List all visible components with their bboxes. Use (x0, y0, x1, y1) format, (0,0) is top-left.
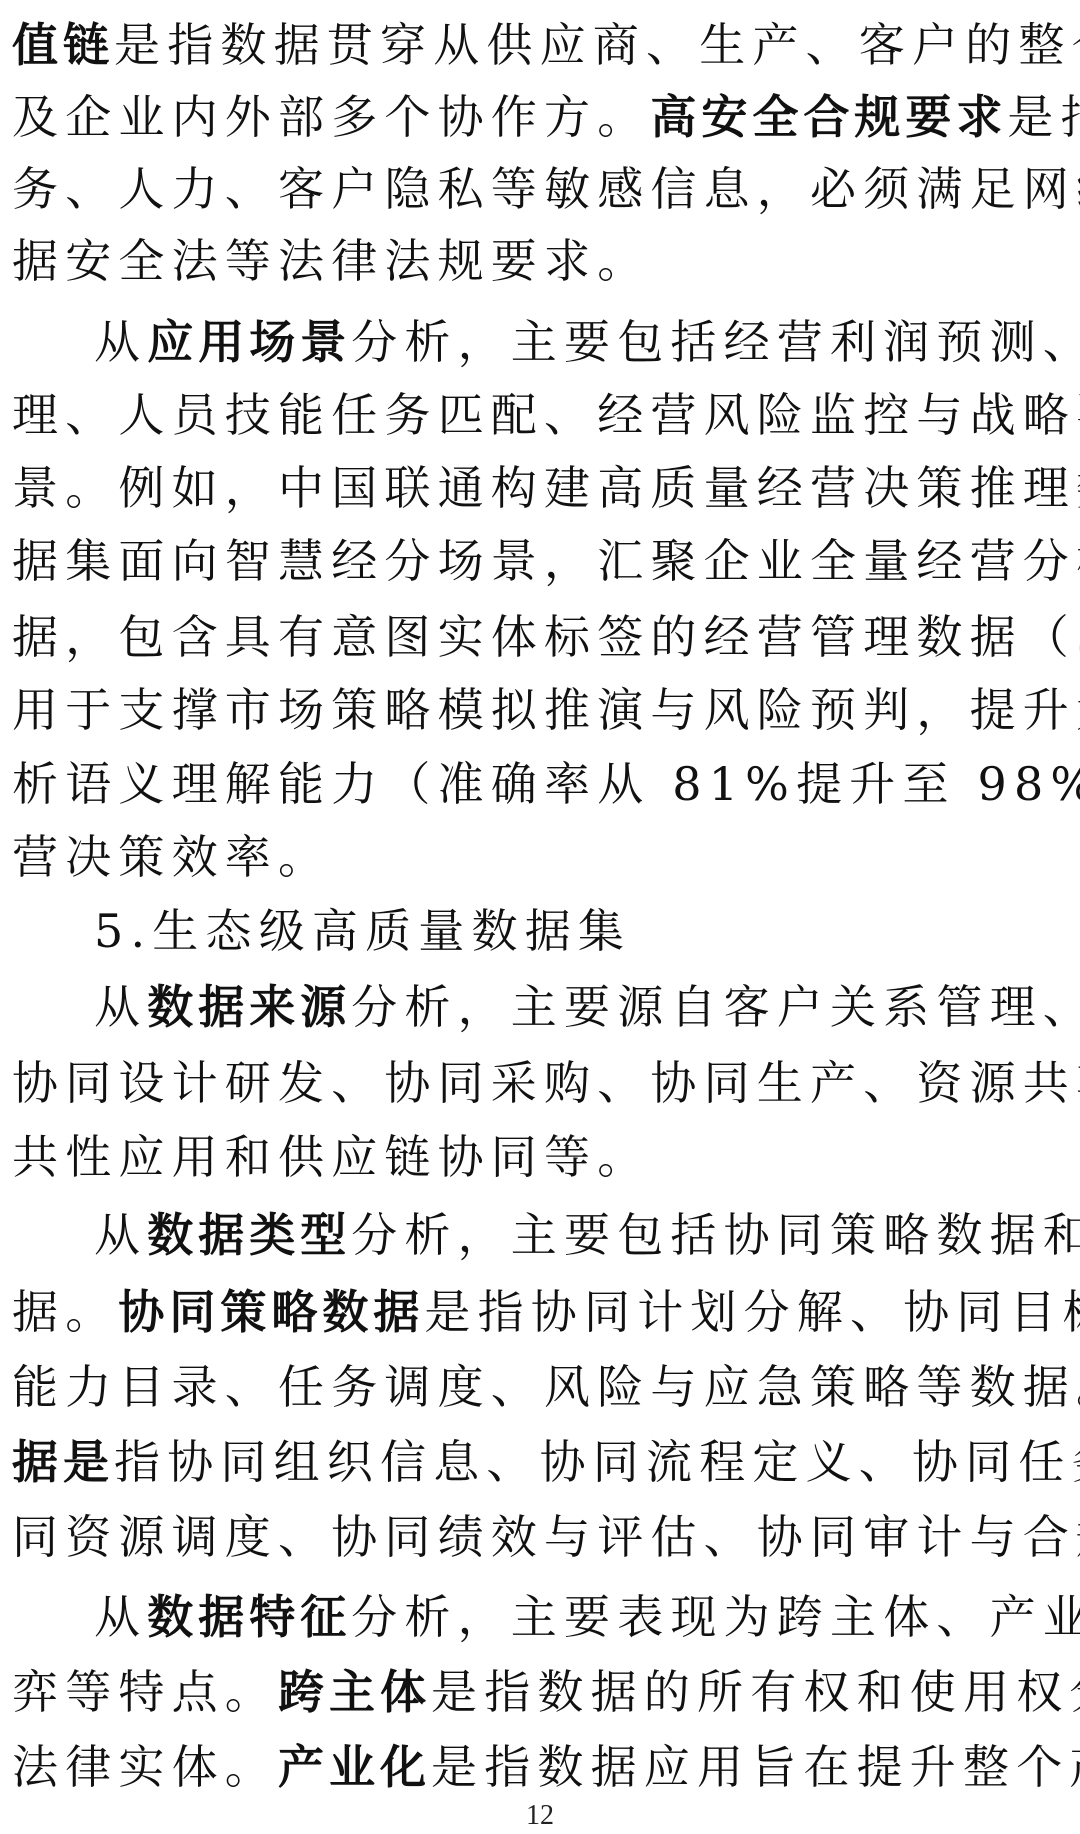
body-text: 分析，主要包括协同策略数据和协同管理数 (351, 1208, 1080, 1262)
body-text: 从 (94, 1208, 147, 1262)
text-line: 据是指协同组织信息、协同流程定义、协同任务与进度、协 (12, 1425, 1080, 1500)
text-line: 法律实体。产业化是指数据应用旨在提升整个产业链的效率 (12, 1730, 1080, 1805)
body-text: 是指数据的所有权和使用权分布在不同的 (431, 1665, 1080, 1719)
text-line: 析语义理解能力（准确率从 81%提升至 98%），提高企业经 (12, 747, 1080, 822)
body-text: 析语义理解能力（准确率从 81%提升至 98%），提高企业经 (12, 757, 1080, 811)
body-text: 是指包含大量财 (1007, 90, 1080, 144)
text-line: 从数据特征分析，主要表现为跨主体、产业化和合作博 (94, 1580, 1080, 1655)
body-text: 从 (94, 315, 147, 369)
bold-term: 产业化 (278, 1740, 431, 1794)
page-number: 12 (0, 1800, 1080, 1832)
text-line: 用于支撑市场策略模拟推演与风险预判，提升大模型经营分 (12, 673, 1080, 748)
body-text: 能力目录、任务调度、风险与应急策略等数据。 (12, 1360, 1080, 1414)
bold-term: 应用场景 (147, 315, 351, 369)
body-text: 同资源调度、协同绩效与评估、协同审计与合规等数据。 (12, 1510, 1080, 1564)
body-text: 5.生态级高质量数据集 (94, 904, 631, 958)
text-line: 能力目录、任务调度、风险与应急策略等数据。协同管理数 (12, 1350, 1080, 1425)
bold-term: 跨主体 (278, 1665, 431, 1719)
text-line: 营决策效率。 (12, 820, 331, 895)
body-text: 共性应用和供应链协同等。 (12, 1130, 650, 1184)
text-line: 同资源调度、协同绩效与评估、协同审计与合规等数据。 (12, 1500, 1080, 1575)
body-text: 指协同组织信息、协同流程定义、协同任务与进度、协 (114, 1435, 1080, 1489)
text-line: 景。例如，中国联通构建高质量经营决策推理数据集。该数 (12, 451, 1080, 526)
bold-term: 协同策略数据 (118, 1285, 424, 1339)
body-text: 据，包含具有意图实体标签的经营管理数据（5.2 亿 tokens）， (12, 610, 1080, 664)
body-text: 从 (94, 1590, 147, 1644)
body-text: 分析，主要包括经营利润预测、智能财务管 (351, 315, 1080, 369)
text-line: 弈等特点。跨主体是指数据的所有权和使用权分布在不同的 (12, 1655, 1080, 1730)
body-text: 法律实体。 (12, 1740, 278, 1794)
text-line: 据。协同策略数据是指协同计划分解、协同目标规则、资源 (12, 1275, 1080, 1350)
text-line: 据，包含具有意图实体标签的经营管理数据（5.2 亿 tokens）， (12, 600, 1080, 675)
text-line: 共性应用和供应链协同等。 (12, 1120, 650, 1195)
body-text: 理、人员技能任务匹配、经营风险监控与战略决策支持等场 (12, 388, 1080, 442)
body-text: 用于支撑市场策略模拟推演与风险预判，提升大模型经营分 (12, 683, 1080, 737)
text-line: 值链是指数据贯穿从供应商、生产、客户的整个价值链，涉 (12, 8, 1080, 83)
text-line: 务、人力、客户隐私等敏感信息，必须满足网络安全法、数 (12, 152, 1080, 227)
body-text: 分析，主要源自客户关系管理、远程运维、 (351, 980, 1080, 1034)
text-line: 及企业内外部多个协作方。高安全合规要求是指包含大量财 (12, 80, 1080, 155)
bold-term: 值链 (12, 18, 114, 72)
body-text: 营决策效率。 (12, 830, 331, 884)
body-text: 据集面向智慧经分场景，汇聚企业全量经营分析场景真实数 (12, 534, 1080, 588)
text-line: 5.生态级高质量数据集 (94, 894, 631, 969)
body-text: 据。 (12, 1285, 118, 1339)
text-line: 协同设计研发、协同采购、协同生产、资源共享、供需对接、 (12, 1046, 1080, 1121)
body-text: 及企业内外部多个协作方。 (12, 90, 650, 144)
bold-term: 高安全合规要求 (650, 90, 1007, 144)
text-line: 据集面向智慧经分场景，汇聚企业全量经营分析场景真实数 (12, 524, 1080, 599)
body-text: 弈等特点。 (12, 1665, 278, 1719)
body-text: 是指协同计划分解、协同目标规则、资源 (424, 1285, 1080, 1339)
body-text: 务、人力、客户隐私等敏感信息，必须满足网络安全法、数 (12, 162, 1080, 216)
text-line: 从数据类型分析，主要包括协同策略数据和协同管理数 (94, 1198, 1080, 1273)
body-text: 景。例如，中国联通构建高质量经营决策推理数据集。该数 (12, 461, 1080, 515)
bold-term: 数据类型 (147, 1208, 351, 1262)
body-text: 从 (94, 980, 147, 1034)
text-line: 从数据来源分析，主要源自客户关系管理、远程运维、 (94, 970, 1080, 1045)
bold-term: 数据特征 (147, 1590, 351, 1644)
text-line: 理、人员技能任务匹配、经营风险监控与战略决策支持等场 (12, 378, 1080, 453)
bold-term: 据是 (12, 1435, 114, 1489)
text-line: 据安全法等法律法规要求。 (12, 224, 650, 299)
text-line: 从应用场景分析，主要包括经营利润预测、智能财务管 (94, 305, 1080, 380)
body-text: 分析，主要表现为跨主体、产业化和合作博 (351, 1590, 1080, 1644)
body-text: 是指数据贯穿从供应商、生产、客户的整个价值链，涉 (114, 18, 1080, 72)
body-text: 是指数据应用旨在提升整个产业链的效率 (431, 1740, 1080, 1794)
body-text: 据安全法等法律法规要求。 (12, 234, 650, 288)
body-text: 协同设计研发、协同采购、协同生产、资源共享、供需对接、 (12, 1056, 1080, 1110)
bold-term: 数据来源 (147, 980, 351, 1034)
